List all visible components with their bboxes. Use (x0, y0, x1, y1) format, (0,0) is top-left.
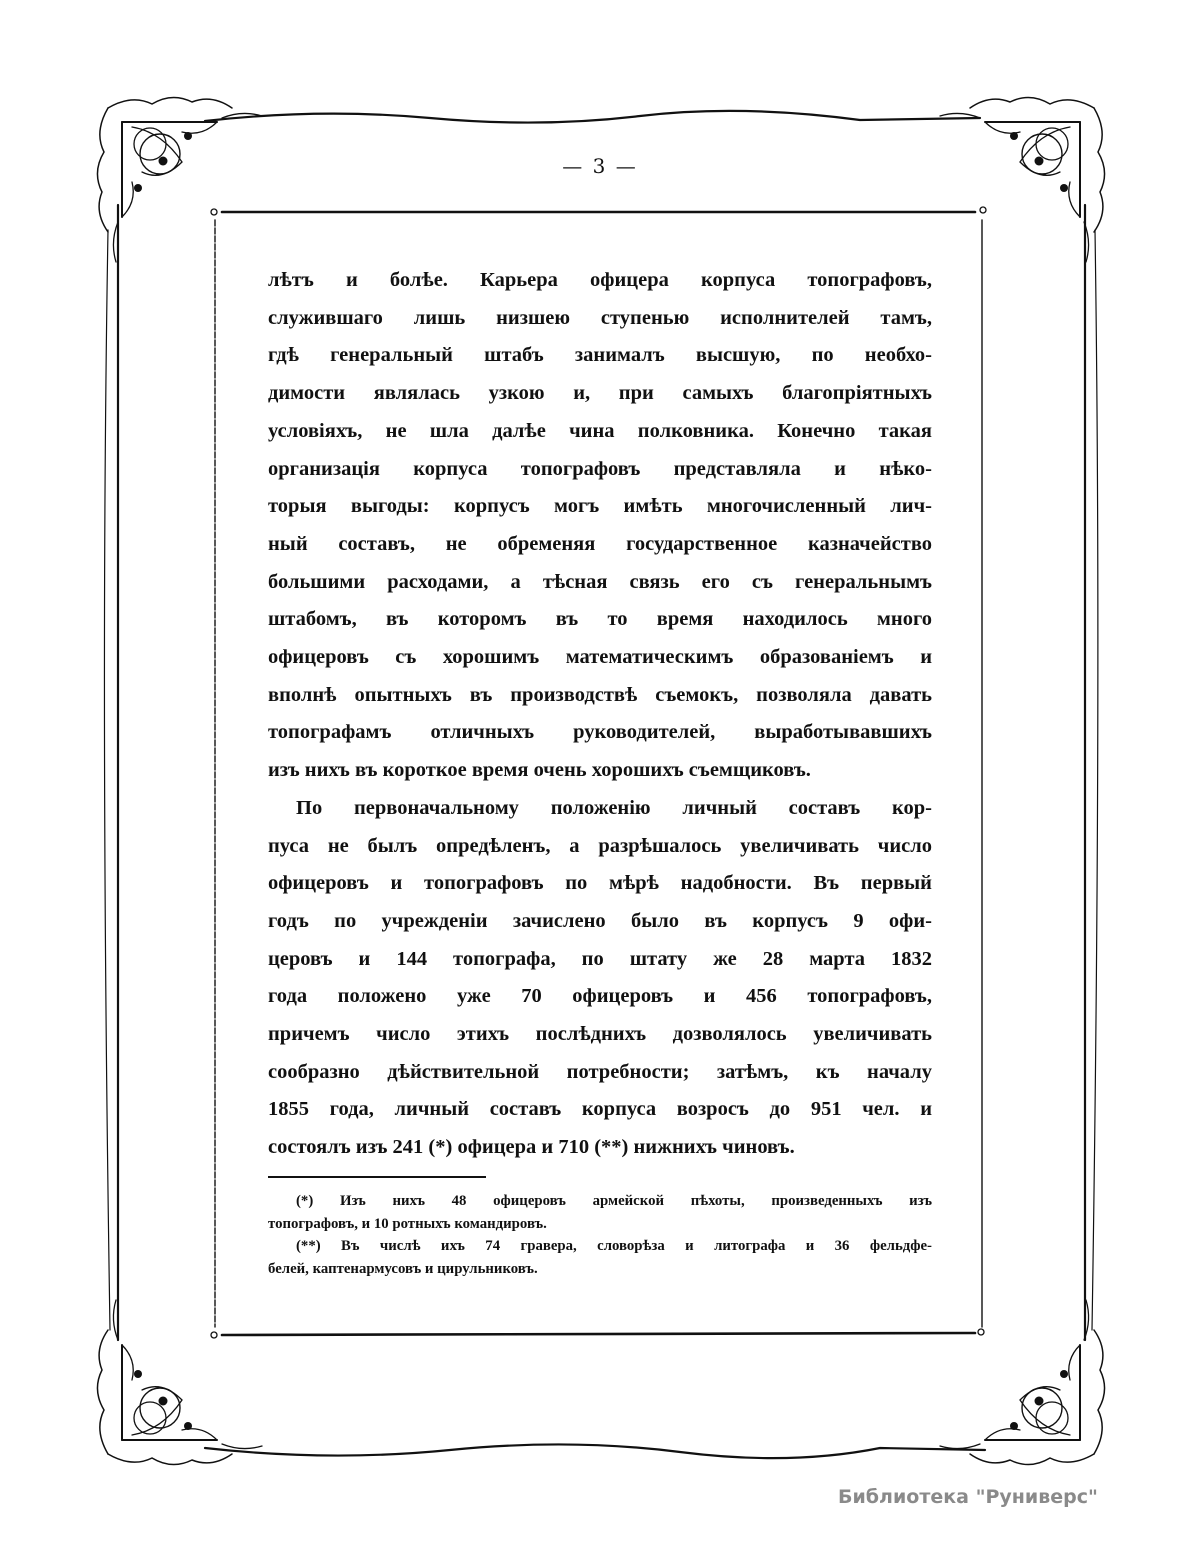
footnote-line: (*) Изъ нихъ 48 офицеровъ армейской пѣхо… (268, 1190, 932, 1213)
text-line: служившаго лишь низшею ступенью исполнит… (268, 300, 932, 338)
footnote-line: (**) Въ числѣ ихъ 74 гравера, словорѣза … (268, 1235, 932, 1258)
paragraph-2: По первоначальному положенію личный сост… (268, 790, 932, 1167)
text-line: вполнѣ опытныхъ въ производствѣ съемокъ,… (268, 677, 932, 715)
footnote-2: (**) Въ числѣ ихъ 74 гравера, словорѣза … (268, 1235, 932, 1280)
text-line: штабомъ, въ которомъ въ то время находил… (268, 601, 932, 639)
text-line: 1855 года, личный составъ корпуса возрос… (268, 1091, 932, 1129)
library-watermark: Библиотека "Руниверс" (838, 1486, 1098, 1508)
text-line: офицеровъ съ хорошимъ математическимъ об… (268, 639, 932, 677)
text-line: топографамъ отличныхъ руководителей, выр… (268, 714, 932, 752)
text-line: димости являлась узкою и, при самыхъ бла… (268, 375, 932, 413)
paragraph-1: лѣтъ и болѣе. Карьера офицера корпуса то… (268, 262, 932, 790)
text-line: торыя выгоды: корпусъ могъ имѣть многочи… (268, 488, 932, 526)
footnote-line: белей, каптенармусовъ и цирульниковъ. (268, 1258, 932, 1281)
text-line: изъ нихъ въ короткое время очень хороших… (268, 752, 932, 790)
text-line: организація корпуса топографовъ представ… (268, 451, 932, 489)
footnote-line: топографовъ, и 10 ротныхъ командировъ. (268, 1213, 932, 1236)
text-line: гдѣ генеральный штабъ занималъ высшую, п… (268, 337, 932, 375)
text-line: причемъ число этихъ послѣднихъ дозволяло… (268, 1016, 932, 1054)
text-line: большими расходами, а тѣсная связь его с… (268, 564, 932, 602)
text-line: По первоначальному положенію личный сост… (268, 790, 932, 828)
footnotes: (*) Изъ нихъ 48 офицеровъ армейской пѣхо… (268, 1190, 932, 1280)
text-line: церовъ и 144 топографа, по штату же 28 м… (268, 941, 932, 979)
text-line: года положено уже 70 офицеровъ и 456 топ… (268, 978, 932, 1016)
text-line: ный составъ, не обременяя государственно… (268, 526, 932, 564)
text-line: пуса не былъ опредѣленъ, а разрѣшалось у… (268, 828, 932, 866)
page-number: — 3 — (0, 154, 1200, 178)
body-text: лѣтъ и болѣе. Карьера офицера корпуса то… (268, 262, 932, 1167)
text-line: состоялъ изъ 241 (*) офицера и 710 (**) … (268, 1129, 932, 1167)
text-line: годъ по учрежденіи зачислено было въ кор… (268, 903, 932, 941)
text-line: условіяхъ, не шла далѣе чина полковника.… (268, 413, 932, 451)
text-line: сообразно дѣйствительной потребности; за… (268, 1054, 932, 1092)
scanned-book-page: — 3 — лѣтъ и болѣе. Карьера офицера корп… (0, 0, 1200, 1553)
text-line: офицеровъ и топографовъ по мѣрѣ надобнос… (268, 865, 932, 903)
text-line: лѣтъ и болѣе. Карьера офицера корпуса то… (268, 262, 932, 300)
footnote-1: (*) Изъ нихъ 48 офицеровъ армейской пѣхо… (268, 1190, 932, 1235)
footnote-divider (268, 1176, 486, 1178)
